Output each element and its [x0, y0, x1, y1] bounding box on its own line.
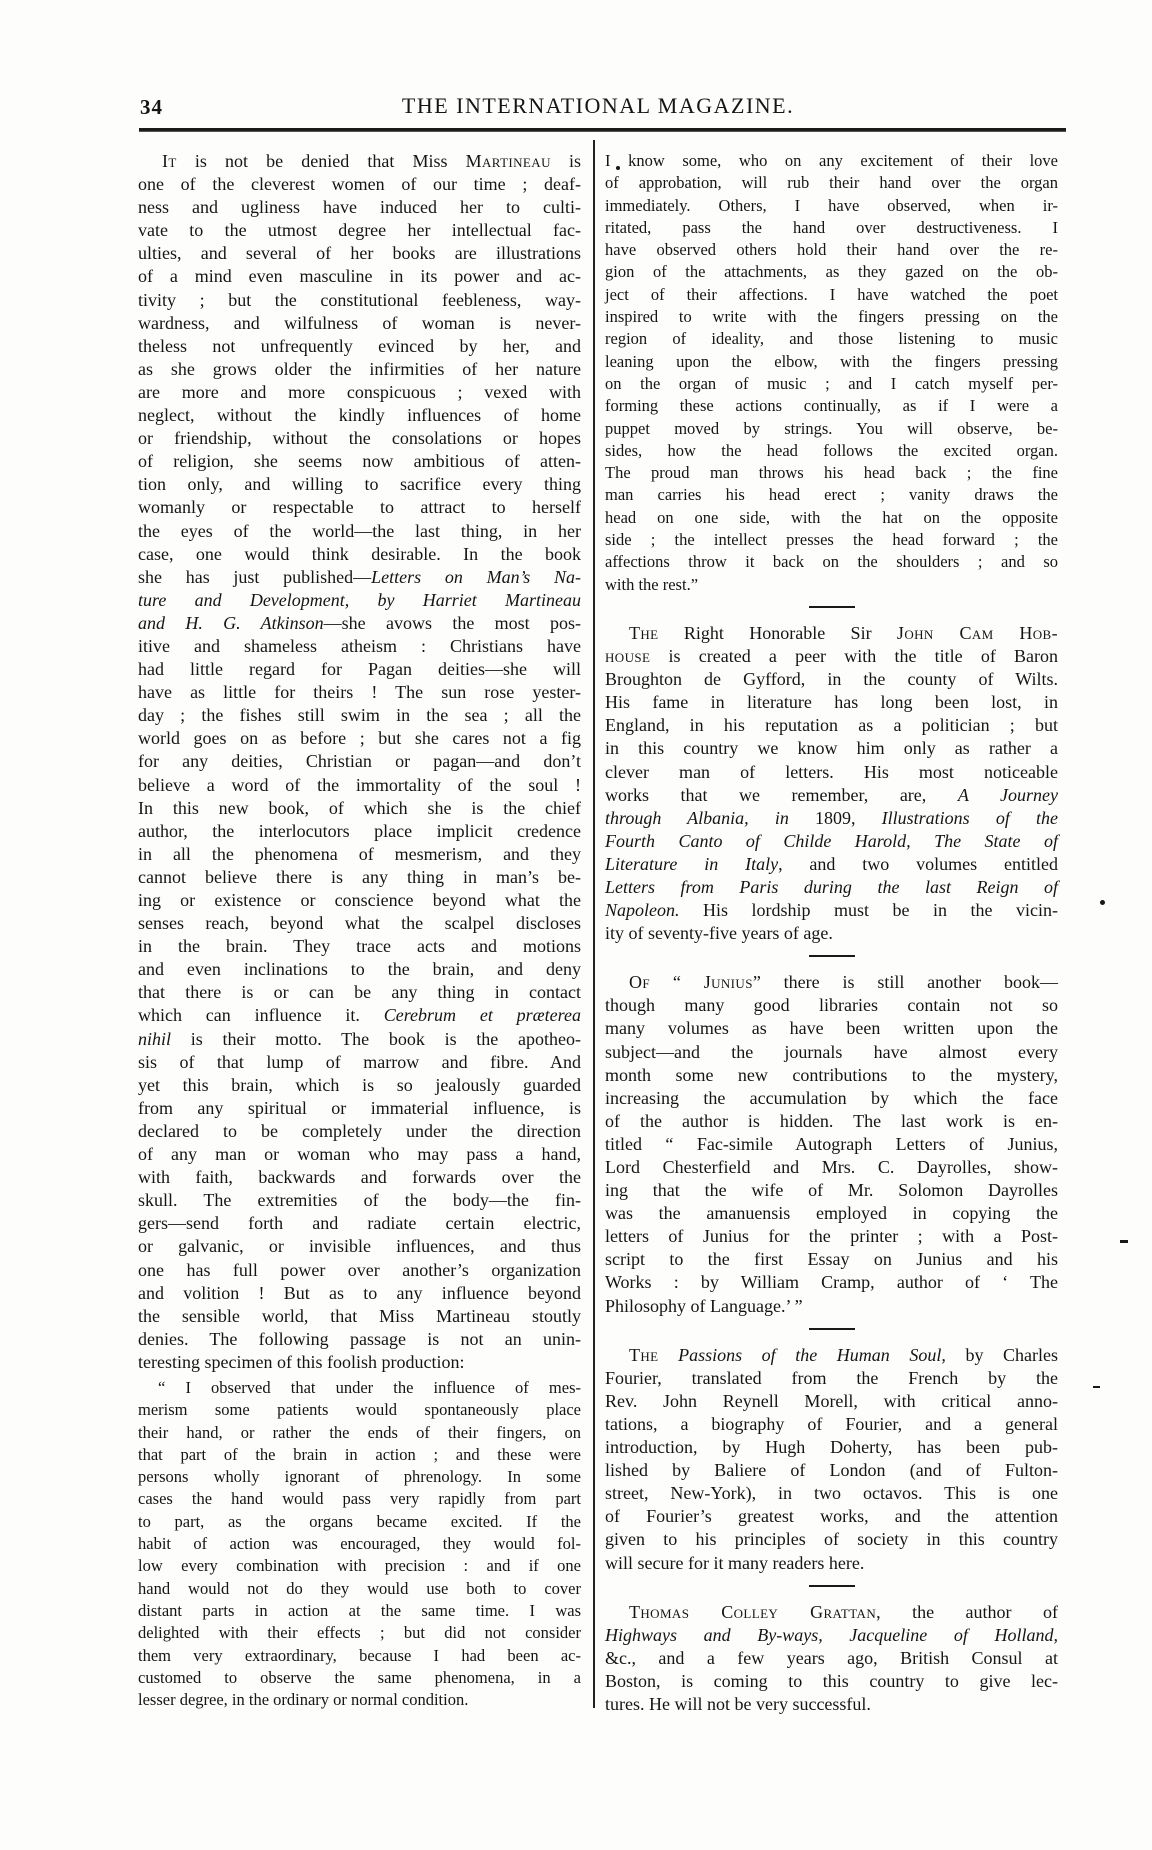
text-line: which can influence it. Cerebrum et præt… [138, 1004, 581, 1027]
text-line: gion of the attachments, as they gazed o… [605, 261, 1058, 283]
text-run: works that we remember, are, [605, 785, 958, 805]
text-line: was the amanuensis employed in copying t… [605, 1202, 1058, 1225]
text-run: one of the cleverest women of our time ;… [138, 174, 581, 194]
text-run: forming these actions continually, as if… [605, 396, 1058, 415]
text-line: low every combination with precision : a… [138, 1555, 581, 1577]
section-divider-rule [809, 1328, 855, 1330]
text-line: hand would not do they would use both to… [138, 1578, 581, 1600]
text-line: and H. G. Atkinson—she avows the most po… [138, 612, 581, 635]
text-line: nihil is their motto. The book is the ap… [138, 1028, 581, 1051]
text-run: the eyes of the world—the last thing, in… [138, 521, 581, 541]
text-line: in all the phenomena of mesmerism, and t… [138, 843, 581, 866]
paragraph: I know some, who on any excitement of th… [605, 150, 1058, 596]
text-run: ing that the wife of Mr. Solomon Dayroll… [605, 1180, 1058, 1200]
text-line: day ; the fishes still swim in the sea ;… [138, 704, 581, 727]
text-line: of the author is hidden. The last work i… [605, 1110, 1058, 1133]
text-run: cases the hand would pass very rapidly f… [138, 1489, 581, 1508]
text-line: ness and ugliness have induced her to cu… [138, 196, 581, 219]
text-line: tures. He will not be very successful. [605, 1693, 1058, 1716]
text-run: given to his principles of society in th… [605, 1529, 1058, 1549]
text-line: ritated, pass the hand over destructiven… [605, 217, 1058, 239]
text-run: street, New-York), in two octavos. This … [605, 1483, 1058, 1503]
text-run: customed to observe the same phenomena, … [138, 1668, 581, 1687]
text-run: ing or existence or conscience beyond wh… [138, 890, 581, 910]
text-line: street, New-York), in two octavos. This … [605, 1482, 1058, 1505]
text-line: author, the interlocutors place implicit… [138, 820, 581, 843]
text-line: of any man or woman who may pass a hand, [138, 1143, 581, 1166]
text-run: letters of Junius for the printer ; with… [605, 1226, 1058, 1246]
text-run: , the author of [876, 1602, 1058, 1622]
paragraph: Thomas Colley Grattan, the author ofHigh… [605, 1601, 1058, 1716]
text-run: affections throw it back on the shoulder… [605, 552, 1058, 571]
small-caps-text-run: Thomas Colley Grattan [629, 1602, 876, 1622]
text-run: denies. The following passage is not an … [138, 1329, 581, 1349]
text-line: letters of Junius for the printer ; with… [605, 1225, 1058, 1248]
text-line: cases the hand would pass very rapidly f… [138, 1488, 581, 1510]
text-line: with faith, backwards and forwards over … [138, 1166, 581, 1189]
text-line: through Albania, in 1809, Illustrations … [605, 807, 1058, 830]
text-line: that part of the brain in action ; and t… [138, 1444, 581, 1466]
text-line: month some new contributions to the myst… [605, 1064, 1058, 1087]
text-run: hand would not do they would use both to… [138, 1579, 581, 1598]
text-run: “ I observed that under the influence of… [158, 1378, 581, 1397]
text-line: habit of action was encouraged, they wou… [138, 1533, 581, 1555]
text-run: —she avows the most pos- [324, 613, 581, 633]
column-divider-rule [593, 140, 595, 1708]
section-divider-rule [809, 606, 855, 608]
text-line: region of ideality, and those listening … [605, 328, 1058, 350]
text-line: Highways and By-ways, Jacqueline of Holl… [605, 1624, 1058, 1647]
text-run: them very extraordinary, because I had b… [138, 1646, 581, 1665]
small-caps-text-run: It [162, 151, 177, 171]
text-line: of a mind even masculine in its power an… [138, 265, 581, 288]
text-line: Thomas Colley Grattan, the author of [605, 1601, 1058, 1624]
text-run: ritated, pass the hand over destructiven… [605, 218, 1058, 237]
text-run: will secure for it many readers here. [605, 1553, 864, 1573]
text-line: declared to be completely under the dire… [138, 1120, 581, 1143]
text-run: that there is or can be any thing in con… [138, 982, 581, 1002]
text-line: and volition ! But as to any influence b… [138, 1282, 581, 1305]
text-line: in this country we know him only as rath… [605, 737, 1058, 760]
text-line: the eyes of the world—the last thing, in… [138, 520, 581, 543]
text-run: month some new contributions to the myst… [605, 1065, 1058, 1085]
text-run: skull. The extremities of the body—the f… [138, 1190, 581, 1210]
text-line: case, one would think desirable. In the … [138, 543, 581, 566]
text-run: of approbation, will rub their hand over… [605, 173, 1058, 192]
scan-speck [1093, 1386, 1100, 1388]
text-run: merism some patients would spontaneously… [138, 1400, 581, 1419]
text-run: or galvanic, or invisible influences, an… [138, 1236, 581, 1256]
text-run: , and two volumes entitled [778, 854, 1058, 874]
text-run: theless not unfrequently evinced by her,… [138, 336, 581, 356]
section-divider-rule [809, 955, 855, 957]
text-run: of the author is hidden. The last work i… [605, 1111, 1058, 1131]
text-line: ture and Development, by Harriet Martine… [138, 589, 581, 612]
text-line: of Fourier’s greatest works, and the att… [605, 1505, 1058, 1528]
text-run: are more and more conspicuous ; vexed wi… [138, 382, 581, 402]
text-line: Letters from Paris during the last Reign… [605, 876, 1058, 899]
text-line: neglect, without the kindly influences o… [138, 404, 581, 427]
text-run: The proud man throws his head back ; the… [605, 463, 1058, 482]
text-run: have observed others hold their hand ove… [605, 240, 1058, 259]
text-run: as she grows older the infirmities of he… [138, 359, 581, 379]
text-run: Works : by William Cramp, author of ‘ Th… [605, 1272, 1058, 1292]
text-run: England, in his reputation as a politici… [605, 715, 1058, 735]
text-line: had little regard for Pagan deities—she … [138, 658, 581, 681]
italic-text-run: Literature in Italy [605, 854, 778, 874]
magazine-page: 34 THE INTERNATIONAL MAGAZINE. It is not… [0, 0, 1152, 1850]
text-run: Rev. John Reynell Morell, with critical … [605, 1391, 1058, 1411]
italic-text-run: Illustrations of the [882, 808, 1058, 828]
text-line: ing or existence or conscience beyond wh… [138, 889, 581, 912]
text-line: are more and more conspicuous ; vexed wi… [138, 381, 581, 404]
text-run: one has full power over another’s organi… [138, 1260, 581, 1280]
text-line: cannot believe there is any thing in man… [138, 866, 581, 889]
text-line: house is created a peer with the title o… [605, 645, 1058, 668]
text-line: sis of that lump of marrow and fibre. An… [138, 1051, 581, 1074]
text-line: and even inclinations to the brain, and … [138, 958, 581, 981]
text-run: gion of the attachments, as they gazed o… [605, 262, 1058, 281]
text-run: with the rest.” [605, 575, 698, 594]
text-line: affections throw it back on the shoulder… [605, 551, 1058, 573]
text-line: Napoleon. His lordship must be in the vi… [605, 899, 1058, 922]
small-caps-text-run: John Cam Hob- [897, 623, 1058, 643]
italic-text-run: Passions of the Human Soul, [659, 1345, 946, 1365]
text-run: their hand, or rather the ends of their … [138, 1423, 581, 1442]
text-line: The proud man throws his head back ; the… [605, 462, 1058, 484]
text-line: In this new book, of which she is the ch… [138, 797, 581, 820]
text-run: His fame in literature has long been los… [605, 692, 1058, 712]
text-line: of religion, she seems now ambitious of … [138, 450, 581, 473]
text-run: habit of action was encouraged, they wou… [138, 1534, 581, 1553]
text-run: declared to be completely under the dire… [138, 1121, 581, 1141]
text-line: script to the first Essay on Junius and … [605, 1248, 1058, 1271]
text-line: skull. The extremities of the body—the f… [138, 1189, 581, 1212]
text-line: clever man of letters. His most noticeab… [605, 761, 1058, 784]
text-run: author, the interlocutors place implicit… [138, 821, 581, 841]
text-run: world goes on as before ; but she cares … [138, 728, 581, 748]
text-line: one of the cleverest women of our time ;… [138, 173, 581, 196]
text-run: “ [650, 972, 704, 992]
italic-text-run: ture and Development, by Harriet Martine… [138, 590, 581, 610]
text-run: believe a word of the immortality of the… [138, 775, 581, 795]
text-run: or friendship, without the consolations … [138, 428, 581, 448]
scan-speck [1120, 1240, 1128, 1243]
text-run: is not be denied that Miss [177, 151, 466, 171]
text-run: 1809, [815, 808, 882, 828]
text-run: immediately. Others, I have observed, wh… [605, 196, 1058, 215]
text-line: subject—and the journals have almost eve… [605, 1041, 1058, 1064]
text-run: &c., and a few years ago, British Consul… [605, 1648, 1058, 1668]
text-line: gers—send forth and radiate certain elec… [138, 1212, 581, 1235]
text-run: in all the phenomena of mesmerism, and t… [138, 844, 581, 864]
italic-text-run: Cerebrum et præterea [384, 1005, 581, 1025]
italic-text-run: through Albania, in [605, 808, 815, 828]
text-line: works that we remember, are, A Journey [605, 784, 1058, 807]
text-run: Right Honorable Sir [659, 623, 897, 643]
header-rule [139, 128, 1066, 132]
text-run: I know some, who on any excitement of th… [605, 151, 1058, 170]
text-line: ity of seventy-five years of age. [605, 922, 1058, 945]
text-run: subject—and the journals have almost eve… [605, 1042, 1058, 1062]
text-run: tivity ; but the constitutional feeblene… [138, 290, 581, 310]
text-run: Fourier, translated from the French by t… [605, 1368, 1058, 1388]
text-line: The Right Honorable Sir John Cam Hob- [605, 622, 1058, 645]
text-line: Literature in Italy, and two volumes ent… [605, 853, 1058, 876]
text-run: cannot believe there is any thing in man… [138, 867, 581, 887]
text-line: womanly or respectable to attract to her… [138, 496, 581, 519]
text-line: in the brain. They trace acts and motion… [138, 935, 581, 958]
text-line: Rev. John Reynell Morell, with critical … [605, 1390, 1058, 1413]
text-run: lished by Baliere of London (and of Fult… [605, 1460, 1058, 1480]
text-run: of a mind even masculine in its power an… [138, 266, 581, 286]
text-line: as she grows older the infirmities of he… [138, 358, 581, 381]
text-line: persons wholly ignorant of phrenology. I… [138, 1466, 581, 1488]
text-run: sides, how the head follows the excited … [605, 441, 1058, 460]
text-line: wardness, and wilfulness of woman is nev… [138, 312, 581, 335]
text-line: Works : by William Cramp, author of ‘ Th… [605, 1271, 1058, 1294]
text-line: Of “ Junius” there is still another book… [605, 971, 1058, 994]
right-column: I know some, who on any excitement of th… [605, 150, 1058, 1716]
text-line: their hand, or rather the ends of their … [138, 1422, 581, 1444]
text-line: vate to the utmost degree her intellectu… [138, 219, 581, 242]
text-line: them very extraordinary, because I had b… [138, 1645, 581, 1667]
text-line: yet this brain, which is so jealously gu… [138, 1074, 581, 1097]
text-run: had little regard for Pagan deities—she … [138, 659, 581, 679]
text-run: ulties, and several of her books are ill… [138, 243, 581, 263]
text-line: have observed others hold their hand ove… [605, 239, 1058, 261]
text-line: titled “ Fac-simile Autograph Letters of… [605, 1133, 1058, 1156]
text-run: ity of seventy-five years of age. [605, 923, 833, 943]
small-caps-text-run: Junius [704, 972, 753, 992]
text-line: side ; the intellect presses the head fo… [605, 529, 1058, 551]
text-run: womanly or respectable to attract to her… [138, 497, 581, 517]
text-line: of approbation, will rub their hand over… [605, 172, 1058, 194]
text-line: merism some patients would spontaneously… [138, 1399, 581, 1421]
text-run: lesser degree, in the ordinary or normal… [138, 1690, 468, 1709]
text-line: have as little for theirs ! The sun rose… [138, 681, 581, 704]
text-run: Philosophy of Language.’ ” [605, 1296, 803, 1316]
text-line: &c., and a few years ago, British Consul… [605, 1647, 1058, 1670]
text-line: or galvanic, or invisible influences, an… [138, 1235, 581, 1258]
text-line: customed to observe the same phenomena, … [138, 1667, 581, 1689]
text-line: she has just published—Letters on Man’s … [138, 566, 581, 589]
text-run: case, one would think desirable. In the … [138, 544, 581, 564]
text-line: though many good libraries contain not s… [605, 994, 1058, 1017]
text-run: sis of that lump of marrow and fibre. An… [138, 1052, 581, 1072]
text-run: persons wholly ignorant of phrenology. I… [138, 1467, 581, 1486]
text-run: Lord Chesterfield and Mrs. C. Dayrolles,… [605, 1157, 1058, 1177]
text-run: and even inclinations to the brain, and … [138, 959, 581, 979]
text-run: distant parts in action at the same time… [138, 1601, 581, 1620]
text-line: It is not be denied that Miss Martineau … [138, 150, 581, 173]
text-run: head on one side, with the hat on the op… [605, 508, 1058, 527]
scan-speck [1100, 900, 1105, 905]
text-run: increasing the accumulation by which the… [605, 1088, 1058, 1108]
text-run: leaning upon the elbow, with the fingers… [605, 352, 1058, 371]
text-run: teresting specimen of this foolish produ… [138, 1352, 464, 1372]
italic-text-run: Highways and By-ways, Jacqueline of Holl… [605, 1625, 1058, 1645]
text-run: and volition ! But as to any influence b… [138, 1283, 581, 1303]
text-run: ject of their affections. I have watched… [605, 285, 1058, 304]
text-run: on the organ of music ; and I catch myse… [605, 374, 1058, 393]
text-run: His lordship must be in the vicin- [680, 900, 1059, 920]
text-line: will secure for it many readers here. [605, 1552, 1058, 1575]
text-run: tures. He will not be very successful. [605, 1694, 871, 1714]
text-line: senses reach, beyond what the scalpel di… [138, 912, 581, 935]
text-run: from any spiritual or immaterial influen… [138, 1098, 581, 1118]
text-line: itive and shameless atheism : Christians… [138, 635, 581, 658]
text-line: immediately. Others, I have observed, wh… [605, 195, 1058, 217]
text-line: His fame in literature has long been los… [605, 691, 1058, 714]
text-line: or friendship, without the consolations … [138, 427, 581, 450]
small-caps-text-run: house [605, 646, 650, 666]
text-line: head on one side, with the hat on the op… [605, 507, 1058, 529]
text-line: many volumes as have been written upon t… [605, 1017, 1058, 1040]
text-run: inspired to write with the fingers press… [605, 307, 1058, 326]
paragraph: It is not be denied that Miss Martineau … [138, 150, 581, 1374]
text-line: denies. The following passage is not an … [138, 1328, 581, 1351]
text-line: from any spiritual or immaterial influen… [138, 1097, 581, 1120]
text-run: many volumes as have been written upon t… [605, 1018, 1058, 1038]
small-caps-text-run: The [629, 1345, 659, 1365]
text-run: gers—send forth and radiate certain elec… [138, 1213, 581, 1233]
text-run: vate to the utmost degree her intellectu… [138, 220, 581, 240]
italic-text-run: Letters from Paris during the last Reign… [605, 877, 1058, 897]
text-run: is created a peer with the title of Baro… [650, 646, 1058, 666]
text-run: delighted with their effects ; but did n… [138, 1623, 581, 1642]
text-run: with faith, backwards and forwards over … [138, 1167, 581, 1187]
text-run: by Charles [946, 1345, 1058, 1365]
text-run: of Fourier’s greatest works, and the att… [605, 1506, 1058, 1526]
text-run: senses reach, beyond what the scalpel di… [138, 913, 581, 933]
text-line: tivity ; but the constitutional feeblene… [138, 289, 581, 312]
text-line: leaning upon the elbow, with the fingers… [605, 351, 1058, 373]
text-line: with the rest.” [605, 574, 1058, 596]
text-line: Boston, is coming to this country to giv… [605, 1670, 1058, 1693]
text-run: yet this brain, which is so jealously gu… [138, 1075, 581, 1095]
text-run: introduction, by Hugh Doherty, has been … [605, 1437, 1058, 1457]
italic-text-run: Fourth Canto of Childe Harold, The State… [605, 831, 1058, 851]
text-line: ject of their affections. I have watched… [605, 284, 1058, 306]
text-line: world goes on as before ; but she cares … [138, 727, 581, 750]
text-run: man carries his head erect ; vanity draw… [605, 485, 1058, 504]
text-run: tations, a biography of Fourier, and a g… [605, 1414, 1058, 1434]
text-line: Philosophy of Language.’ ” [605, 1295, 1058, 1318]
text-run: script to the first Essay on Junius and … [605, 1249, 1058, 1269]
paragraph: “ I observed that under the influence of… [138, 1377, 581, 1711]
text-run: which can influence it. [138, 1005, 384, 1025]
scan-speck [616, 166, 620, 170]
text-run: side ; the intellect presses the head fo… [605, 530, 1058, 549]
text-line: believe a word of the immortality of the… [138, 774, 581, 797]
italic-text-run: Napoleon. [605, 900, 680, 920]
small-caps-text-run: Martineau [466, 151, 551, 171]
text-run: in this country we know him only as rath… [605, 738, 1058, 758]
text-line: on the organ of music ; and I catch myse… [605, 373, 1058, 395]
text-line: ing that the wife of Mr. Solomon Dayroll… [605, 1179, 1058, 1202]
text-run: ness and ugliness have induced her to cu… [138, 197, 581, 217]
italic-text-run: and H. G. Atkinson [138, 613, 324, 633]
text-line: The Passions of the Human Soul, by Charl… [605, 1344, 1058, 1367]
italic-text-run: nihil [138, 1029, 171, 1049]
text-line: ulties, and several of her books are ill… [138, 242, 581, 265]
paragraph: Of “ Junius” there is still another book… [605, 971, 1058, 1317]
text-line: forming these actions continually, as if… [605, 395, 1058, 417]
text-line: distant parts in action at the same time… [138, 1600, 581, 1622]
text-line: increasing the accumulation by which the… [605, 1087, 1058, 1110]
text-run: of religion, she seems now ambitious of … [138, 451, 581, 471]
text-line: Broughton de Gyfford, in the county of W… [605, 668, 1058, 691]
paragraph: The Right Honorable Sir John Cam Hob-hou… [605, 622, 1058, 945]
text-line: tations, a biography of Fourier, and a g… [605, 1413, 1058, 1436]
italic-text-run: Letters on Man’s Na- [371, 567, 581, 587]
text-line: one has full power over another’s organi… [138, 1259, 581, 1282]
text-run: ” there is still another book— [753, 972, 1058, 992]
left-column: It is not be denied that Miss Martineau … [138, 150, 581, 1711]
text-run: she has just published— [138, 567, 371, 587]
text-line: tion only, and willing to sacrifice ever… [138, 473, 581, 496]
text-run: Broughton de Gyfford, in the county of W… [605, 669, 1058, 689]
text-line: that there is or can be any thing in con… [138, 981, 581, 1004]
text-line: man carries his head erect ; vanity draw… [605, 484, 1058, 506]
text-run: tion only, and willing to sacrifice ever… [138, 474, 581, 494]
text-line: Lord Chesterfield and Mrs. C. Dayrolles,… [605, 1156, 1058, 1179]
text-line: sides, how the head follows the excited … [605, 440, 1058, 462]
text-line: Fourier, translated from the French by t… [605, 1367, 1058, 1390]
text-run: neglect, without the kindly influences o… [138, 405, 581, 425]
text-run: is [551, 151, 581, 171]
text-run: low every combination with precision : a… [138, 1556, 581, 1575]
text-line: for any deities, Christian or pagan—and … [138, 750, 581, 773]
text-run: in the brain. They trace acts and motion… [138, 936, 581, 956]
text-line: inspired to write with the fingers press… [605, 306, 1058, 328]
magazine-title: THE INTERNATIONAL MAGAZINE. [138, 93, 1058, 119]
text-run: day ; the fishes still swim in the sea ;… [138, 705, 581, 725]
text-run: itive and shameless atheism : Christians… [138, 636, 581, 656]
text-run: though many good libraries contain not s… [605, 995, 1058, 1015]
text-run: to part, as the organs became excited. I… [138, 1512, 581, 1531]
text-line: I know some, who on any excitement of th… [605, 150, 1058, 172]
text-run: wardness, and wilfulness of woman is nev… [138, 313, 581, 333]
text-run: Boston, is coming to this country to giv… [605, 1671, 1058, 1691]
text-run: was the amanuensis employed in copying t… [605, 1203, 1058, 1223]
text-line: theless not unfrequently evinced by her,… [138, 335, 581, 358]
italic-text-run: A Journey [958, 785, 1058, 805]
text-run: of any man or woman who may pass a hand, [138, 1144, 581, 1164]
text-line: “ I observed that under the influence of… [138, 1377, 581, 1399]
section-divider-rule [809, 1585, 855, 1587]
small-caps-text-run: Of [629, 972, 650, 992]
text-run: puppet moved by strings. You will observ… [605, 419, 1058, 438]
text-run: region of ideality, and those listening … [605, 329, 1058, 348]
text-run: have as little for theirs ! The sun rose… [138, 682, 581, 702]
paragraph: The Passions of the Human Soul, by Charl… [605, 1344, 1058, 1575]
text-line: lished by Baliere of London (and of Fult… [605, 1459, 1058, 1482]
text-line: puppet moved by strings. You will observ… [605, 418, 1058, 440]
text-line: to part, as the organs became excited. I… [138, 1511, 581, 1533]
text-line: Fourth Canto of Childe Harold, The State… [605, 830, 1058, 853]
text-line: England, in his reputation as a politici… [605, 714, 1058, 737]
text-run: is their motto. The book is the apotheo- [171, 1029, 581, 1049]
text-line: given to his principles of society in th… [605, 1528, 1058, 1551]
text-run: clever man of letters. His most noticeab… [605, 762, 1058, 782]
text-line: introduction, by Hugh Doherty, has been … [605, 1436, 1058, 1459]
text-line: lesser degree, in the ordinary or normal… [138, 1689, 581, 1711]
text-line: the sensible world, that Miss Martineau … [138, 1305, 581, 1328]
text-run: for any deities, Christian or pagan—and … [138, 751, 581, 771]
text-line: teresting specimen of this foolish produ… [138, 1351, 581, 1374]
